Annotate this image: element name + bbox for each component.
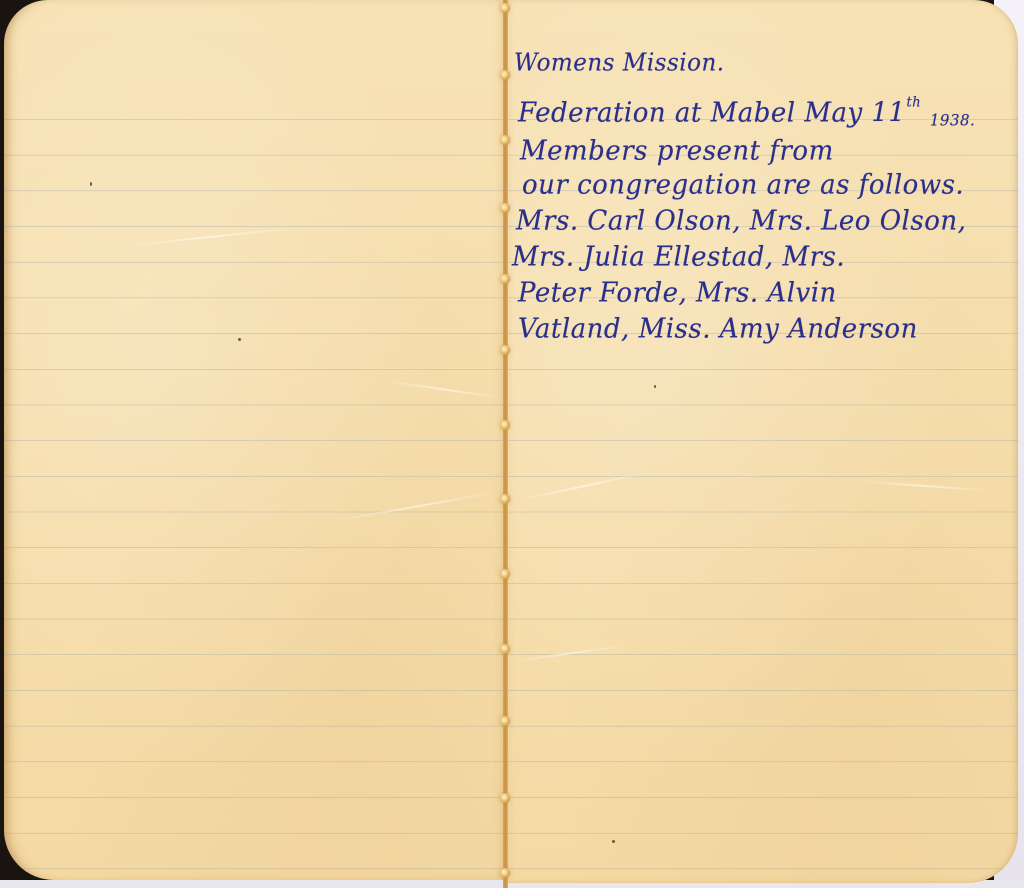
binding-stitch — [500, 420, 510, 430]
ruled-lines — [504, 84, 1018, 883]
right-page — [504, 0, 1018, 883]
ink-speck — [238, 338, 241, 341]
binding-stitch — [500, 345, 510, 355]
ink-speck — [90, 182, 92, 186]
date-suffix: th — [907, 95, 922, 111]
binding-stitch — [500, 793, 510, 803]
binding-stitch — [500, 716, 510, 726]
ruled-lines — [4, 84, 504, 880]
entry-heading: Womens Mission. — [514, 49, 725, 76]
open-notebook: Womens Mission. Federation at Mabel May … — [0, 0, 1024, 888]
entry-line: Members present from — [520, 135, 834, 167]
binding-stitch — [500, 274, 510, 284]
entry-line-federation: Federation at Mabel May 11th 1938. — [518, 97, 975, 129]
binding-stitch — [500, 70, 510, 80]
binding-stitch — [500, 3, 510, 13]
entry-line-members: Vatland, Miss. Amy Anderson — [518, 313, 918, 345]
entry-line: our congregation are as follows. — [522, 169, 964, 201]
ink-speck — [654, 385, 656, 388]
binding-stitch — [500, 569, 510, 579]
entry-year: 1938. — [930, 111, 975, 130]
entry-line-members: Mrs. Julia Ellestad, Mrs. — [512, 241, 845, 273]
binding-stitch — [500, 868, 510, 878]
binding-stitch — [500, 135, 510, 145]
notebook-spine — [503, 0, 508, 888]
entry-line-text: Federation at Mabel May 11 — [518, 97, 906, 129]
entry-line-members: Mrs. Carl Olson, Mrs. Leo Olson, — [516, 205, 966, 237]
left-page — [4, 0, 504, 880]
binding-stitch — [500, 644, 510, 654]
binding-stitch — [500, 494, 510, 504]
entry-line-members: Peter Forde, Mrs. Alvin — [518, 277, 837, 309]
ink-speck — [612, 840, 615, 843]
binding-stitch — [500, 203, 510, 213]
